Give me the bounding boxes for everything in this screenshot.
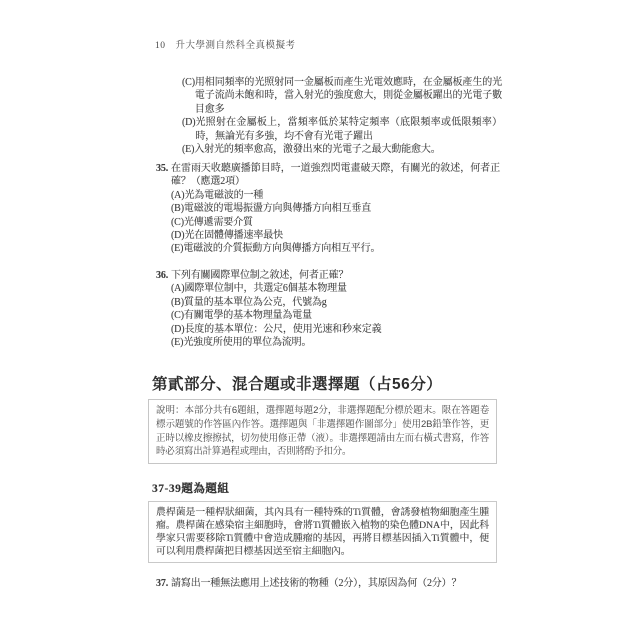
option-row: (D) 光照射在金屬板上，當頻率低於某特定頻率（底限頻率或低限頻率）時，無論光有…	[182, 116, 502, 143]
option-label: (D)	[171, 229, 184, 242]
option-row: (C) 用相同頻率的光照射同一金屬板而產生光電效應時，在金屬板產生的光電子流尚未…	[182, 76, 502, 116]
option-text: 電磁波的電場振盪方向與傳播方向相互垂直	[184, 202, 500, 215]
question-body: 在雷雨天收聽廣播節目時，一道強烈閃電畫破天際，有關光的敘述，何者正確？（應選2項…	[171, 162, 500, 256]
book-title: 升大學測自然科全真模擬考	[176, 41, 296, 51]
question-number: 37.	[156, 577, 170, 590]
section-heading: 第貳部分、混合題或非選擇題（占56分）	[152, 372, 442, 394]
question-body: 下列有關國際單位制之敘述，何者正確？ (A) 國際單位制中，共選定6個基本物理量…	[171, 269, 500, 349]
question-stem: 在雷雨天收聽廣播節目時，一道強烈閃電畫破天際，有關光的敘述，何者正確？（應選2項…	[171, 162, 500, 189]
option-label: (C)	[171, 309, 184, 322]
question-stem: 下列有關國際單位制之敘述，何者正確？	[171, 269, 500, 282]
option-text: 光強度所使用的單位為流明。	[183, 336, 500, 349]
question-stem: 請寫出一種無法應用上述技術的物種（2分），其原因為何（2分）？	[171, 577, 500, 590]
option-text: 電磁波的介質振動方向與傳播方向相互平行。	[183, 242, 500, 255]
option-label: (E)	[171, 242, 183, 255]
carryover-options: (C) 用相同頻率的光照射同一金屬板而產生光電效應時，在金屬板產生的光電子流尚未…	[182, 76, 502, 156]
option-label: (D)	[171, 323, 184, 336]
option-text: 入射光的頻率愈高，激發出來的光電子之最大動能愈大。	[194, 143, 502, 156]
option-text: 光在固體傳播速率最快	[184, 229, 500, 242]
option-row: (A) 國際單位制中，共選定6個基本物理量	[171, 282, 500, 295]
question-group-heading: 37-39題為題組	[152, 480, 229, 496]
option-row: (B) 電磁波的電場振盪方向與傳播方向相互垂直	[171, 202, 500, 215]
option-row: (A) 光為電磁波的一種	[171, 189, 500, 202]
question-number: 35.	[156, 162, 170, 256]
option-label: (B)	[171, 296, 184, 309]
option-label: (A)	[171, 189, 184, 202]
option-label: (B)	[171, 202, 184, 215]
option-row: (D) 長度的基本單位：公尺，使用光速和秒來定義	[171, 323, 500, 336]
option-text: 光照射在金屬板上，當頻率低於某特定頻率（底限頻率或低限頻率）時，無論光有多強，均…	[195, 116, 502, 143]
question-35: 35. 在雷雨天收聽廣播節目時，一道強烈閃電畫破天際，有關光的敘述，何者正確？（…	[156, 162, 500, 256]
scanned-exam-page: 10升大學測自然科全真模擬考 (C) 用相同頻率的光照射同一金屬板而產生光電效應…	[0, 0, 640, 640]
passage-box: 農桿菌是一種桿狀細菌，其內具有一種特殊的Ti質體，會誘發植物細胞產生腫瘤。農桿菌…	[148, 501, 497, 563]
option-text: 質量的基本單位為公克，代號為g	[184, 296, 500, 309]
option-row: (B) 質量的基本單位為公克，代號為g	[171, 296, 500, 309]
instructions-box: 說明：本部分共有6題組，選擇題每題2分，非選擇題配分標於題末。限在答題卷標示題號…	[148, 399, 497, 464]
option-text: 長度的基本單位：公尺，使用光速和秒來定義	[184, 323, 500, 336]
question-number: 36.	[156, 269, 170, 349]
option-label: (D)	[182, 116, 195, 129]
option-row: (E) 光強度所使用的單位為流明。	[171, 336, 500, 349]
option-row: (E) 電磁波的介質振動方向與傳播方向相互平行。	[171, 242, 500, 255]
question-37: 37. 請寫出一種無法應用上述技術的物種（2分），其原因為何（2分）？	[156, 577, 500, 590]
question-36: 36. 下列有關國際單位制之敘述，何者正確？ (A) 國際單位制中，共選定6個基…	[156, 269, 500, 349]
option-label: (E)	[171, 336, 183, 349]
option-label: (E)	[182, 143, 194, 156]
option-text: 國際單位制中，共選定6個基本物理量	[184, 282, 500, 295]
option-label: (C)	[171, 216, 184, 229]
option-label: (A)	[171, 282, 184, 295]
page-number: 10	[155, 41, 166, 51]
option-text: 光為電磁波的一種	[184, 189, 500, 202]
option-text: 光傳遞需要介質	[184, 216, 500, 229]
option-label: (C)	[182, 76, 195, 89]
question-body: 請寫出一種無法應用上述技術的物種（2分），其原因為何（2分）？	[171, 577, 500, 590]
option-row: (E) 入射光的頻率愈高，激發出來的光電子之最大動能愈大。	[182, 143, 502, 156]
option-row: (C) 有關電學的基本物理量為電量	[171, 309, 500, 322]
option-text: 有關電學的基本物理量為電量	[184, 309, 500, 322]
option-text: 用相同頻率的光照射同一金屬板而產生光電效應時，在金屬板產生的光電子流尚未飽和時，…	[195, 76, 502, 116]
option-row: (D) 光在固體傳播速率最快	[171, 229, 500, 242]
option-row: (C) 光傳遞需要介質	[171, 216, 500, 229]
page-header: 10升大學測自然科全真模擬考	[155, 37, 296, 51]
